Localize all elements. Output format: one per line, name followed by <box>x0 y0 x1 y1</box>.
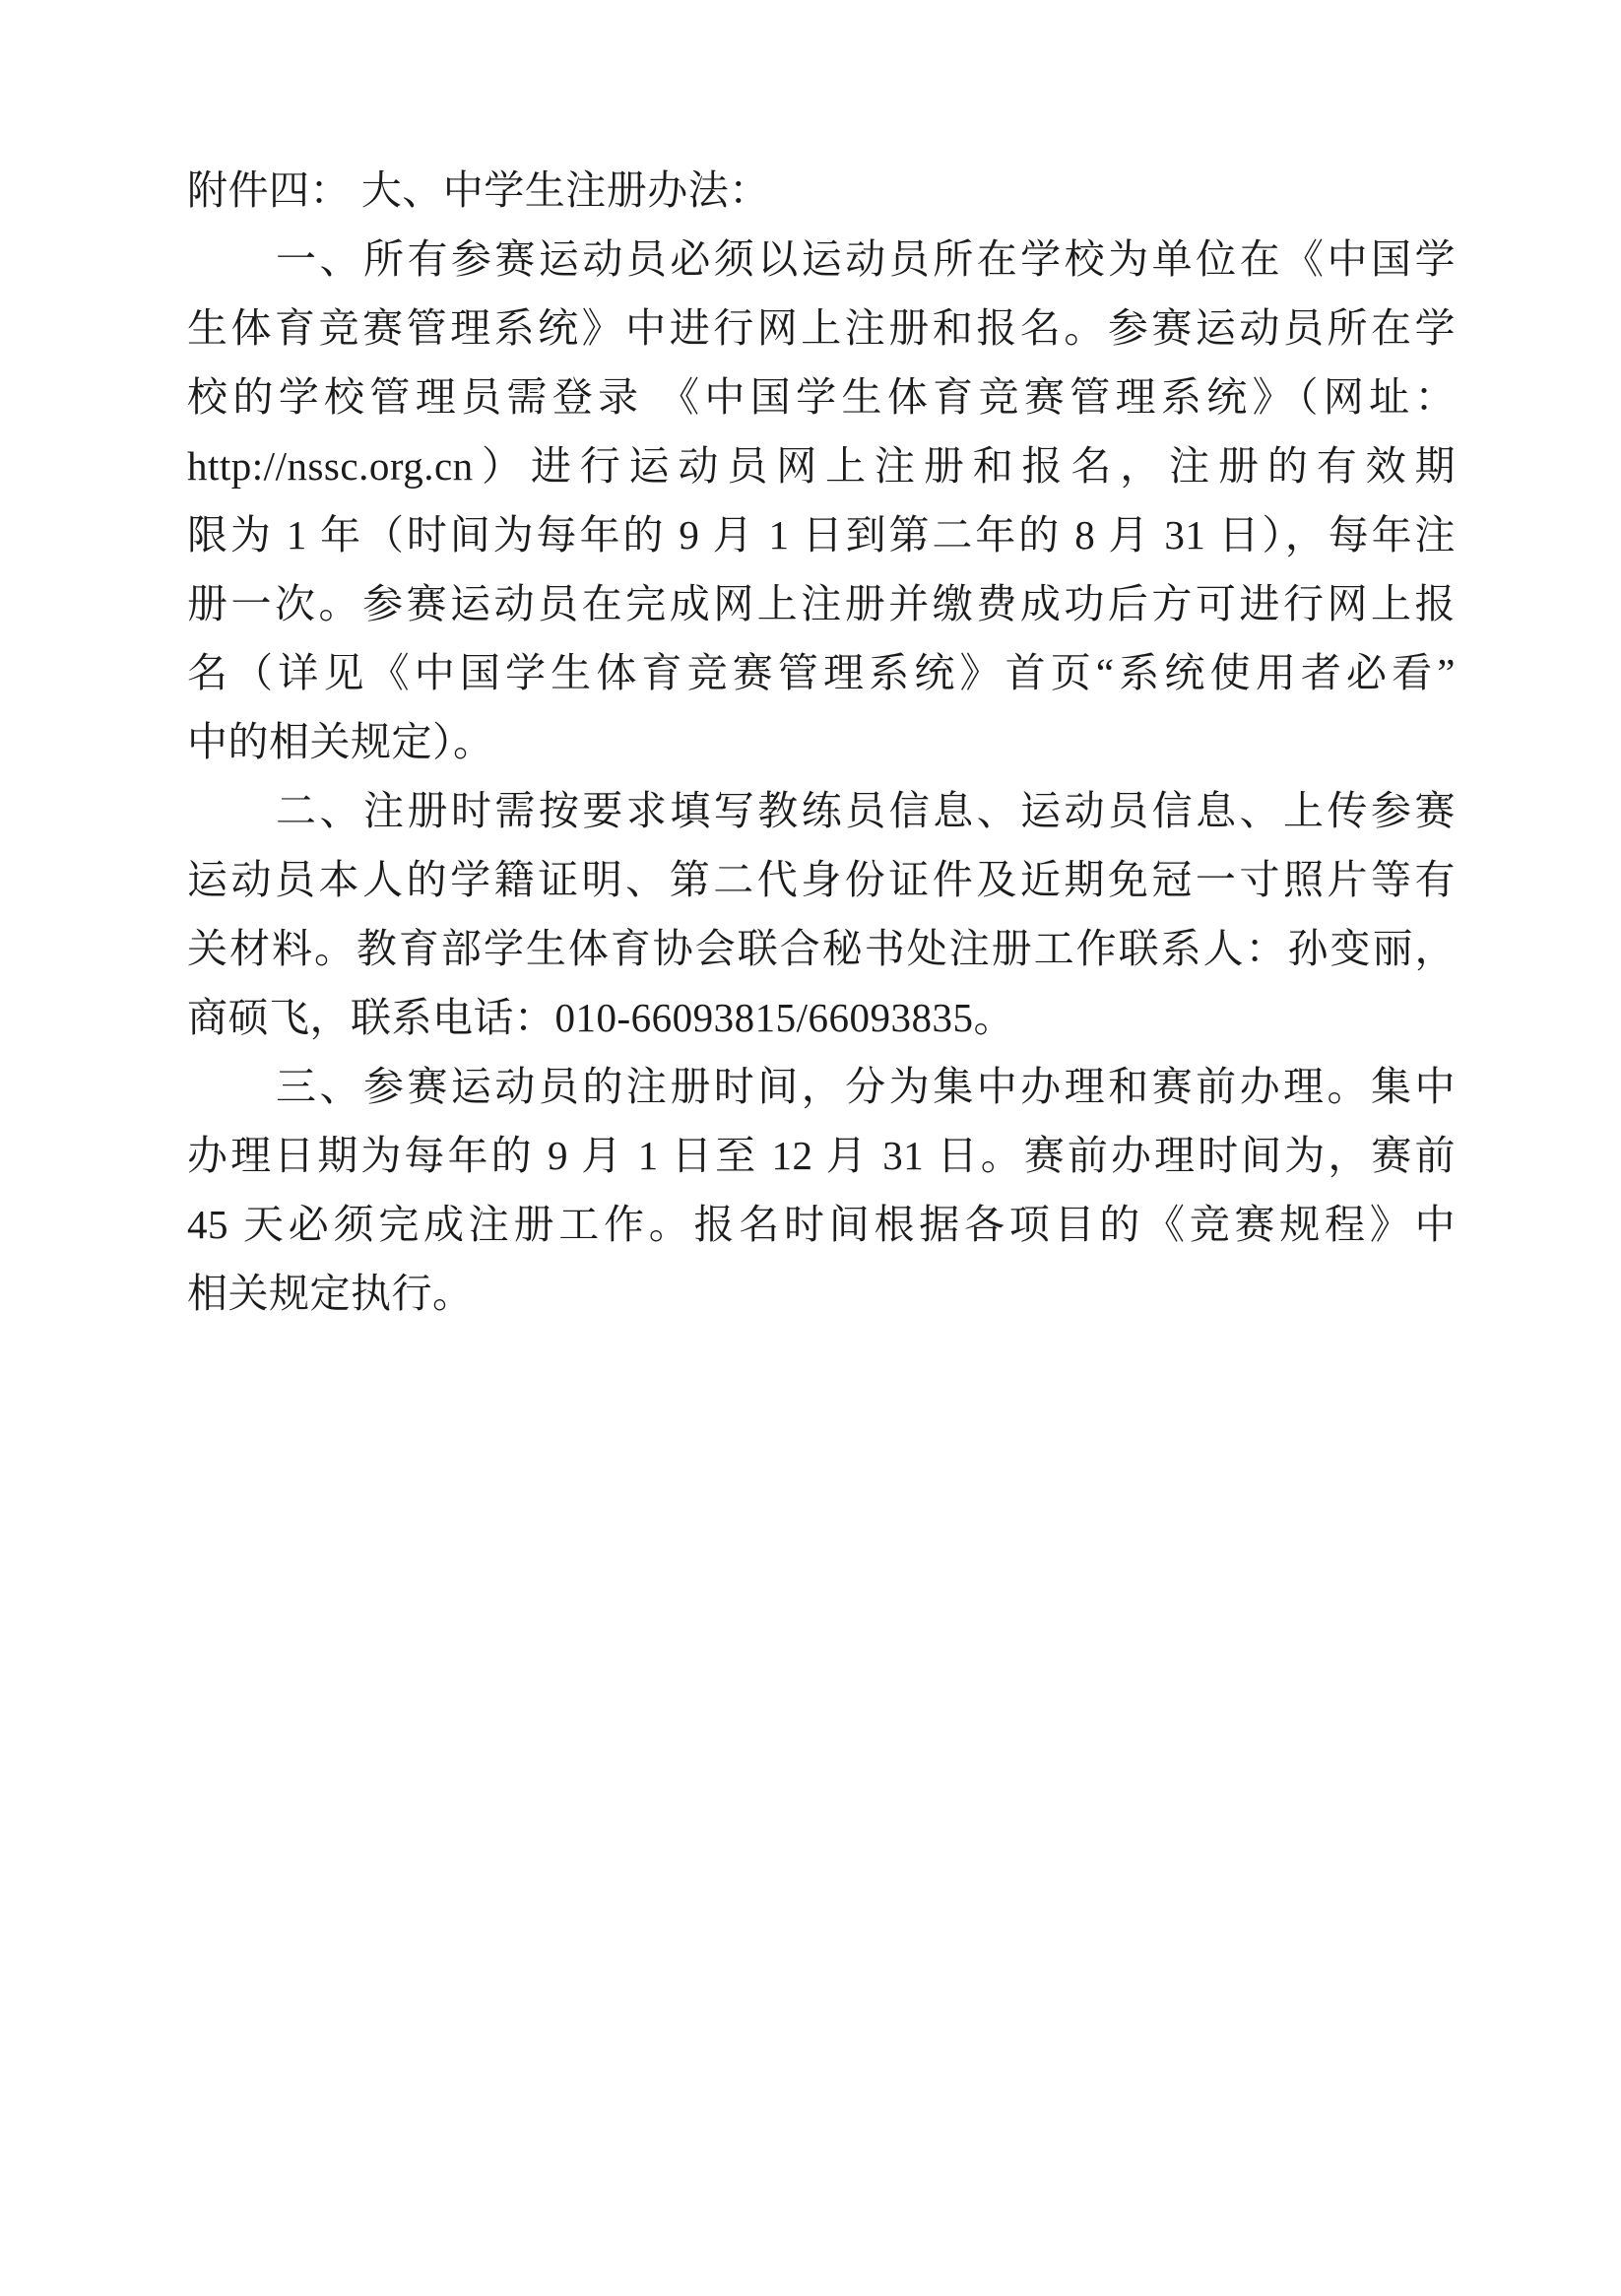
text-line: 运动员本人的学籍证明、第二代身份证件及近期免冠一寸照片等有 <box>187 845 1456 914</box>
text-line: 三、参赛运动员的注册时间，分为集中办理和赛前办理。集中 <box>187 1052 1456 1121</box>
text-line: 生体育竞赛管理系统》中进行网上注册和报名。参赛运动员所在学 <box>187 294 1456 362</box>
text-line: 45 天必须完成注册工作。报名时间根据各项目的《竞赛规程》中 <box>187 1190 1456 1259</box>
text-line: 中的相关规定）。 <box>187 707 1456 776</box>
text-line: 一、所有参赛运动员必须以运动员所在学校为单位在《中国学 <box>187 225 1456 294</box>
text-line: 名（详见《中国学生体育竞赛管理系统》首页“系统使用者必看” <box>187 638 1456 707</box>
text-line: 办理日期为每年的 9 月 1 日至 12 月 31 日。赛前办理时间为，赛前 <box>187 1121 1456 1190</box>
text-line: 二、注册时需按要求填写教练员信息、运动员信息、上传参赛 <box>187 776 1456 845</box>
text-line: 册一次。参赛运动员在完成网上注册并缴费成功后方可进行网上报 <box>187 569 1456 638</box>
text-line: 校的学校管理员需登录 《中国学生体育竞赛管理系统》（网址： <box>187 362 1456 431</box>
text-line: 关材料。教育部学生体育协会联合秘书处注册工作联系人：孙变丽， <box>187 914 1456 983</box>
text-line: http://nssc.org.cn）进行运动员网上注册和报名，注册的有效期 <box>187 431 1456 500</box>
document-text-block: 附件四： 大、中学生注册办法： 一、所有参赛运动员必须以运动员所在学校为单位在《… <box>187 156 1456 1328</box>
attachment-title: 附件四： 大、中学生注册办法： <box>187 156 1456 225</box>
text-line: 商硕飞，联系电话：010-66093815/66093835。 <box>187 983 1456 1052</box>
text-line: 限为 1 年（时间为每年的 9 月 1 日到第二年的 8 月 31 日），每年注 <box>187 500 1456 569</box>
text-line: 相关规定执行。 <box>187 1259 1456 1328</box>
document-page: 附件四： 大、中学生注册办法： 一、所有参赛运动员必须以运动员所在学校为单位在《… <box>0 0 1621 2296</box>
